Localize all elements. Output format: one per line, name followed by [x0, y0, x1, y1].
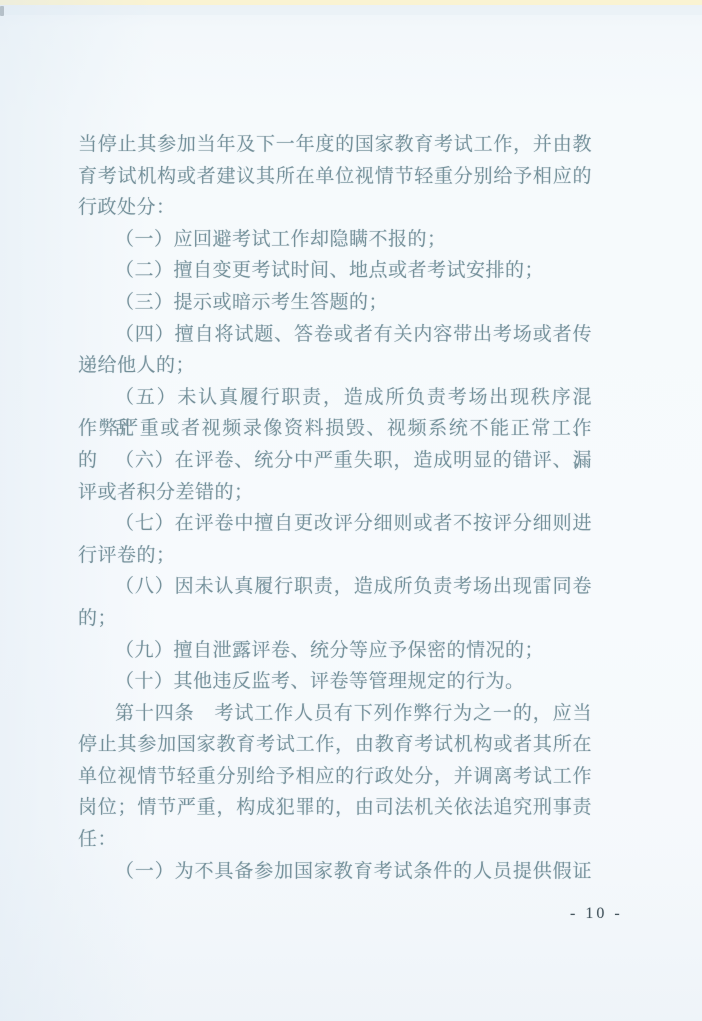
text-line: 当停止其参加当年及下一年度的国家教育考试工作，并由教 — [78, 129, 592, 161]
text-line: 的； — [78, 603, 592, 635]
text-line: 育考试机构或者建议其所在单位视情节轻重分别给予相应的 — [78, 161, 592, 193]
list-item-line: （九）擅自泄露评卷、统分等应予保密的情况的； — [78, 635, 592, 667]
text-line: 行评卷的； — [78, 540, 592, 572]
document-page: 当停止其参加当年及下一年度的国家教育考试工作，并由教 育考试机构或者建议其所在单… — [0, 0, 702, 1021]
page-number: - 10 - — [570, 905, 623, 923]
list-item-line: （二）擅自变更考试时间、地点或者考试安排的； — [78, 255, 592, 287]
text-line: 任： — [78, 824, 592, 856]
list-item-line: （五）未认真履行职责，造成所负责考场出现秩序混乱、 — [78, 382, 592, 414]
scan-artifact-speck — [0, 6, 4, 16]
list-item-line: （八）因未认真履行职责，造成所负责考场出现雷同卷 — [78, 571, 592, 603]
text-line: 评或者积分差错的； — [78, 477, 592, 509]
article-heading-line: 第十四条 考试工作人员有下列作弊行为之一的，应当 — [78, 698, 592, 730]
list-item-line: （四）擅自将试题、答卷或者有关内容带出考场或者传 — [78, 319, 592, 351]
list-item-line: （一）为不具备参加国家教育考试条件的人员提供假证 — [78, 856, 592, 888]
list-item-line: （三）提示或暗示考生答题的； — [78, 287, 592, 319]
text-line: 岗位；情节严重，构成犯罪的，由司法机关依法追究刑事责 — [78, 792, 592, 824]
text-line: 行政处分： — [78, 192, 592, 224]
list-item-line: （一）应回避考试工作却隐瞒不报的； — [78, 224, 592, 256]
scan-top-shadow-band — [0, 5, 702, 15]
text-line: 递给他人的； — [78, 350, 592, 382]
text-line: 停止其参加国家教育考试工作，由教育考试机构或者其所在 — [78, 729, 592, 761]
list-item-line: （十）其他违反监考、评卷等管理规定的行为。 — [78, 666, 592, 698]
text-line: 单位视情节轻重分别给予相应的行政处分，并调离考试工作 — [78, 761, 592, 793]
document-body-text: 当停止其参加当年及下一年度的国家教育考试工作，并由教 育考试机构或者建议其所在单… — [78, 129, 592, 887]
text-line: 作弊严重或者视频录像资料损毁、视频系统不能正常工作的； — [78, 413, 592, 445]
list-item-line: （六）在评卷、统分中严重失职，造成明显的错评、漏 — [78, 445, 592, 477]
list-item-line: （七）在评卷中擅自更改评分细则或者不按评分细则进 — [78, 508, 592, 540]
